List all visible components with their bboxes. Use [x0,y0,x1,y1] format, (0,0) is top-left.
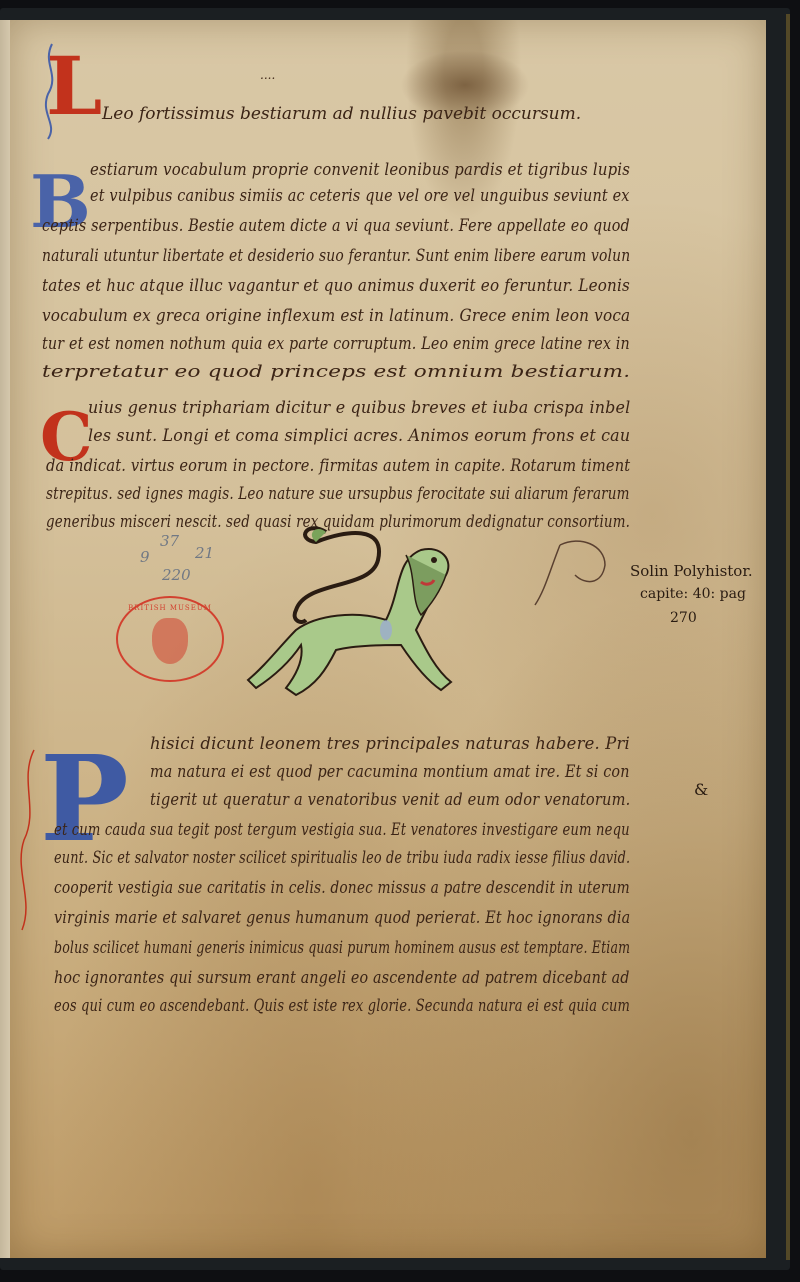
initial-p: P [40,740,129,858]
margin-mark: & [694,780,708,799]
text-line: vocabulum ex greca origine inflexum est … [42,306,630,326]
text-line: et vulpibus canibus simiis ac ceteris qu… [90,186,630,206]
text-line: terpretatur eo quod princeps est omnium … [42,362,630,382]
text-line: da indicat. virtus eorum in pectore. fir… [46,456,630,476]
british-museum-stamp: BRITISH MUSEUM [116,596,224,682]
initial-flourish [14,740,44,940]
text-line: tur et est nomen nothum quia ex parte co… [42,334,630,354]
text-line: ceptis serpentibus. Bestie autem dicte a… [42,216,630,236]
margin-note-line: Solin Polyhistor. [630,562,753,580]
text-line: eos qui cum eo ascendebant. Quis est ist… [54,996,630,1016]
initial-flourish [38,34,78,144]
text-line: strepitus. sed ignes magis. Leo nature s… [46,484,630,504]
text-line: tigerit ut queratur a venatoribus venit … [150,790,630,810]
text-line: ma natura ei est quod per cacumina monti… [150,762,630,782]
heading-line: Leo fortissimus bestiarum ad nullius pav… [102,104,581,124]
text-line: bolus scilicet humani generis inimicus q… [54,938,630,958]
crest-icon [152,618,188,664]
stamp-text: BRITISH MUSEUM [118,604,222,612]
text-line: naturali utuntur libertate et desiderio … [42,246,630,266]
pencil-number: 9 [140,548,150,566]
margin-note-line: 270 [670,610,697,626]
heading-dots: .... [260,68,275,82]
text-line: et cum cauda sua tegit post tergum vesti… [54,820,630,840]
pencil-number: 37 [160,532,179,550]
text-line: les sunt. Longi et coma simplici acres. … [88,426,630,446]
text-line: eunt. Sic et salvator noster scilicet sp… [54,848,630,868]
text-line: cooperit vestigia sue caritatis in celis… [54,878,630,898]
text-line: hisici dicunt leonem tres principales na… [150,734,630,754]
cover-gilt-edge [786,14,790,1260]
text-line: tates et huc atque illuc vagantur et quo… [42,276,630,296]
marginal-lion-sketch [530,530,620,610]
text-line: hoc ignorantes qui sursum erant angeli e… [54,968,630,988]
text-line: estiarum vocabulum proprie convenit leon… [90,160,630,180]
pencil-number: 21 [195,544,214,562]
margin-note-line: capite: 40: pag [640,586,746,602]
text-line: virginis marie et salvaret genus humanum… [54,908,630,928]
lion-illustration [236,520,476,710]
text-line: uius genus triphariam dicitur e quibus b… [88,398,630,418]
pencil-number: 220 [162,566,191,584]
manuscript-page: L .... Leo fortissimus bestiarum ad null… [10,20,766,1258]
